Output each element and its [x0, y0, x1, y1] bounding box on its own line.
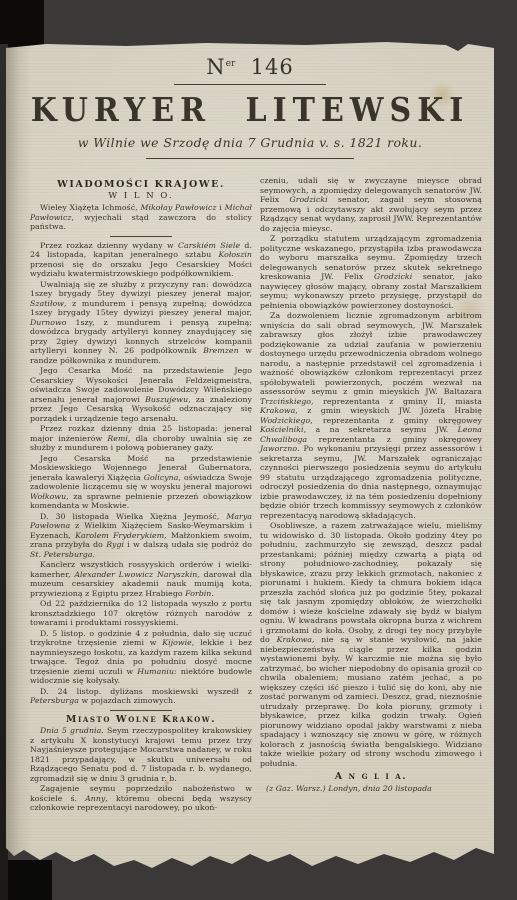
paragraph: Z porządku statutem urządzającym zgromad… — [260, 234, 482, 310]
article-columns: WIADOMOŚCI KRAJOWE.W I L N O.Wieley Xiąż… — [6, 159, 494, 814]
paragraph: Zagajenie seymu poprzedziło nabożeństwo … — [30, 784, 252, 813]
italic-text: Kościelniki — [260, 425, 304, 434]
body-text: . — [93, 550, 96, 559]
article-dateline: (z Gaz. Warsz.) Londyn, dnia 20 listopad… — [260, 784, 482, 794]
paragraph-continued: czeniu, udali się w zwyczayne mieysce ob… — [260, 176, 482, 233]
italic-text: Krakowa — [277, 635, 312, 644]
italic-text: Wołkowu — [30, 492, 66, 501]
paragraph: D. 30 listopada Wielka Xiężna Jeymość, M… — [30, 512, 252, 560]
left-column: WIADOMOŚCI KRAJOWE.W I L N O.Wieley Xiąż… — [30, 176, 252, 814]
paragraph: D. 5 listop. o godzinie 4 z południa, da… — [30, 629, 252, 686]
body-text: Wieley Xiążęta Ichmość, — [40, 203, 140, 212]
section-header: A n g l i a. — [260, 772, 482, 782]
italic-text: Kołoszin — [218, 250, 252, 259]
italic-text: Forbin — [185, 589, 211, 598]
body-text: WIADOMOŚCI KRAJOWE. — [57, 179, 225, 190]
newspaper-title: KURYER LITEWSKI — [6, 92, 494, 130]
body-text: i w dalszą udała się podróż do — [124, 540, 252, 549]
italic-text: Humaniu: — [137, 667, 176, 676]
body-text: . — [211, 589, 214, 598]
body-text: przenosi się do orszaku Jego Cesarskiey … — [30, 260, 252, 279]
italic-text: Buszujewu — [145, 395, 188, 404]
italic-text: Krakowa — [260, 406, 295, 415]
paragraph: Przez rozkaz dzienny dnia 25 listopada: … — [30, 424, 252, 453]
italic-text: Wodzickiego — [260, 416, 310, 425]
body-text: w pojazdach zimowych. — [79, 696, 176, 705]
italic-text: Karolem Fryderykiem — [75, 531, 164, 540]
body-text: Uwalniają się ze służby z przyczyny ran:… — [30, 280, 252, 299]
paragraph: Jego Cesarska Mość na przedstawienie Mos… — [30, 454, 252, 511]
body-text: Od 22 października do 12 listopada wyszł… — [30, 599, 252, 627]
italic-text: Golicyna — [144, 473, 179, 482]
paragraph: D. 24 listop. dyliżans moskiewski wyszed… — [30, 687, 252, 706]
body-text: (z Gaz. Warsz.) Londyn, dnia 20 listopad… — [266, 784, 432, 793]
body-text: D. 30 listopada Wielka Xiężna Jeymość, — [40, 512, 226, 521]
italic-text: Carskiém Siele — [178, 241, 240, 250]
body-text: Przez rozkaz dzienny wydany w — [40, 241, 178, 250]
italic-text: Bremzen — [203, 346, 239, 355]
torn-edge-shadow — [8, 860, 52, 900]
italic-text: St. Petersburga — [30, 550, 93, 559]
italic-text: Trzcińskiego — [260, 397, 311, 406]
body-text: D. 24 listop. dyliżans moskiewski wyszed… — [40, 687, 252, 696]
paragraph: Osobliwsze, a razem zatrważające wielu, … — [260, 521, 482, 768]
italic-text: Rygi — [106, 540, 124, 549]
paragraph: Jego Cesarka Mość na przedstawienie Jego… — [30, 366, 252, 423]
body-text: , z gmin wieyskich JW. Józefa Hrabię — [295, 406, 482, 415]
paragraph: Uwalniają się ze służby z przyczyny ran:… — [30, 280, 252, 366]
issue-number: Ner 146 — [6, 55, 494, 79]
masthead: Ner 146 KURYER LITEWSKI w Wilnie we Srzo… — [6, 42, 494, 159]
paragraph: Wieley Xiążęta Ichmość, Mikołay Pawłowic… — [30, 203, 252, 232]
masthead-rule-top — [174, 84, 326, 85]
body-text: i — [217, 203, 225, 212]
paragraph: Za dozwoleniem licznie zgromadzonym arbi… — [260, 311, 482, 520]
newspaper-scan: Ner 146 KURYER LITEWSKI w Wilnie we Srzo… — [0, 0, 517, 900]
italic-text: Remi — [107, 434, 128, 443]
section-divider — [110, 236, 172, 237]
issue-prefix: N — [206, 55, 225, 79]
body-text: , a na sekretarza seymu JW. — [304, 425, 458, 434]
body-text: , reprezentanta z gminy okręgowey — [310, 416, 482, 425]
paragraph: Od 22 października do 12 listopada wyszł… — [30, 599, 252, 628]
italic-text: Dnia 5 grudnia. — [40, 726, 104, 735]
body-text: , nie są w stanie wysłowić, na jakie nie… — [260, 635, 482, 768]
body-text: , reprezentanta z gminy II, miasta — [311, 397, 482, 406]
section-divider — [110, 710, 172, 711]
italic-text: Mikołay Pawłowicz — [140, 203, 216, 212]
body-text: reprezentanta z gminy okręgowey — [307, 435, 482, 444]
italic-text: Petersburga — [30, 696, 79, 705]
right-column: czeniu, udali się w zwyczayne mieysce ob… — [260, 176, 482, 814]
italic-text: Alexander Lwowicz Naryszkin — [74, 570, 197, 579]
paragraph: Dnia 5 grudnia. Seym rzeczypospolitey kr… — [30, 726, 252, 783]
italic-text: Grodzicki — [374, 272, 412, 281]
issue-superscript: er — [226, 59, 236, 69]
body-text: A n g l i a. — [335, 771, 407, 782]
italic-text: Grodzicki — [289, 195, 327, 204]
issue-value: 146 — [251, 55, 294, 79]
newspaper-page: Ner 146 KURYER LITEWSKI w Wilnie we Srzo… — [6, 42, 494, 874]
section-header: WIADOMOŚCI KRAJOWE. — [30, 180, 252, 190]
body-text: Osobliwsze, a razem zatrważające wielu, … — [260, 521, 482, 644]
body-text: Miasto Wolne Krakow. — [66, 714, 216, 725]
italic-text: Kijowie — [162, 638, 192, 647]
masthead-dateline: w Wilnie we Srzodę dnia 7 Grudnia v. s. … — [6, 135, 494, 150]
scan-corner-shadow — [0, 0, 44, 50]
body-text: Za dozwoleniem licznie zgromadzonym arbi… — [260, 311, 482, 396]
body-text: W I L N O. — [108, 191, 173, 201]
italic-text: Durnowo — [30, 318, 66, 327]
italic-text: Anny — [85, 794, 105, 803]
paragraph: Kanclerz wszystkich rossyyskich orderów … — [30, 560, 252, 598]
italic-text: Szatiłow — [30, 299, 64, 308]
body-text: . Po wykonaniu przysięgi przez assessoró… — [260, 444, 482, 520]
body-text: , z mundurem i pensyą zupełną; dowódzca … — [30, 299, 252, 318]
subsection-header: W I L N O. — [30, 192, 252, 202]
section-header: Miasto Wolne Krakow. — [30, 715, 252, 725]
italic-text: Jaworzno — [260, 444, 297, 453]
paragraph: Przez rozkaz dzienny wydany w Carskiém S… — [30, 241, 252, 279]
